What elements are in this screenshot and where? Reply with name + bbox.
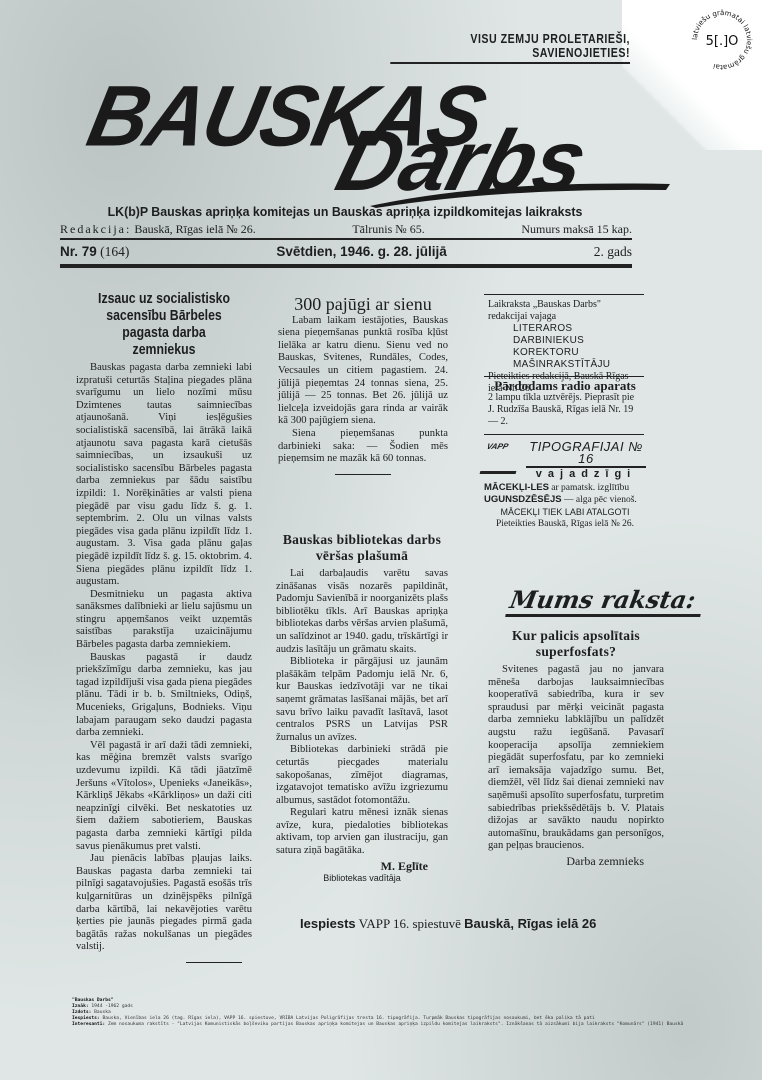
- archive-metadata: "Bauskas Darbs" Iznāk: 1944 -1962 gads I…: [72, 998, 712, 1028]
- metadata-value: Bauska, Vienības iela 26 (tag. Rīgas iel…: [102, 1016, 594, 1021]
- issue-total: (164): [100, 244, 129, 259]
- metadata-value: 1944 -1962 gads: [91, 1004, 133, 1009]
- section-heading-mums-raksta: Mums raksta:: [505, 585, 706, 617]
- article-superphosphate: Kur palicis apsolītais superfosfats? Svi…: [488, 628, 664, 868]
- ad-position: KOREKTORU: [488, 347, 642, 359]
- phone: Tālrunis № 65.: [352, 222, 424, 237]
- editorial-line: Redakcija: Bauskā, Rīgas ielā № 26. Tālr…: [60, 222, 632, 237]
- ad-intro: Laikraksta „Bauskas Darbs" redakcijai va…: [488, 299, 642, 323]
- paragraph: Lai darbaļaudis varētu savas zināšanas v…: [276, 568, 448, 656]
- paragraph: Regulari katru mēnesi iznāk sienas avīze…: [276, 807, 448, 857]
- newspaper-subtitle: LK(b)P Bauskas apriņķa komitejas un Baus…: [74, 204, 616, 219]
- issue-line: Nr. 79 (164) Svētdien, 1946. g. 28. jūli…: [60, 244, 632, 260]
- ad-radio: Pārdodams radio aparats 2 lampu tīkla uz…: [480, 376, 650, 428]
- ad-subtitle: vajadzīgi: [526, 468, 646, 480]
- ad-position: MĀCEKĻI-LES: [484, 482, 549, 493]
- article-author: M. Eglīte: [276, 860, 448, 873]
- metadata-title: "Bauskas Darbs": [72, 998, 114, 1003]
- ad-detail: ar pamatsk. izglītību: [551, 483, 629, 493]
- ad-title: Pārdodams radio aparats: [488, 380, 642, 392]
- ad-note: MĀCEKĻI TIEK LABI ATALGOTI: [484, 506, 646, 518]
- paragraph: Svitenes pagastā jau no janvara mēneša d…: [488, 664, 664, 853]
- paragraph: Bibliotekas darbinieki strādā pie ceturt…: [276, 744, 448, 807]
- article-end-rule: [186, 962, 242, 963]
- ad-position: LITERAROS DARBINIEKUS: [488, 323, 642, 347]
- masthead: BAUSKAS Darbs: [70, 60, 670, 200]
- paragraph: Bauskas pagasta darba zemnieki labi izpr…: [76, 362, 252, 589]
- issue-year: 2. gads: [594, 244, 632, 260]
- editorial-label: Redakcija:: [60, 222, 131, 236]
- ad-title: TIPOGRAFIJAI № 16: [526, 441, 646, 468]
- paragraph: Biblioteka ir pārgājusi uz jaunām plašāk…: [276, 656, 448, 744]
- vapp-logo: VAPP: [480, 441, 525, 474]
- issue-date: Svētdien, 1946. g. 28. jūlijā: [276, 244, 446, 259]
- paragraph: Vēl pagastā ir arī daži tādi zemnieki, k…: [76, 740, 252, 853]
- article-hay-carts: 300 pajūgi ar sienu Labam laikam iestājo…: [278, 298, 448, 483]
- latviesu-gramatai-badge: latviešu grāmatai latviešu grāmatai 5[.]…: [688, 6, 756, 74]
- paragraph: Siena pieņemšanas punkta darbinieki saka…: [278, 428, 448, 466]
- paragraph: Jau pienācis labības pļaujas laiks. Baus…: [76, 853, 252, 954]
- printer-imprint: Iespiests VAPP 16. spiestuvē Bauskā, Rīg…: [300, 916, 596, 932]
- metadata-label: Interesanti:: [72, 1022, 105, 1027]
- paragraph: Labam laikam iestājoties, Bauskas siena …: [278, 315, 448, 428]
- header-rule: [60, 238, 632, 240]
- ad-position: MAŠINRAKSTĪTĀJU: [488, 359, 642, 371]
- metadata-label: Izdots:: [72, 1010, 91, 1015]
- imprint-label: Iespiests: [300, 916, 356, 931]
- imprint-address: Bauskā, Rīgas ielā 26: [464, 916, 596, 931]
- paragraph: Bauskas pagastā ir daudz priekšzīmīgu da…: [76, 652, 252, 740]
- svg-text:5[.]O: 5[.]O: [706, 34, 739, 49]
- issue-number: Nr. 79: [60, 244, 97, 259]
- ad-text: 2 lampu tīkla uztvērējs. Pieprasīt pie J…: [488, 392, 642, 428]
- article-title: Izsauc uz socialistisko sacensību Bārbel…: [92, 290, 236, 358]
- ad-printing-house: VAPP TIPOGRAFIJAI № 16 vajadzīgi MĀCEKĻI…: [480, 434, 650, 530]
- metadata-label: Iznāk:: [72, 1004, 89, 1009]
- imprint-printer: VAPP 16. spiestuvē: [359, 916, 461, 931]
- ad-detail: — alga pēc vienoš.: [564, 495, 637, 505]
- article-title: 300 pajūgi ar sienu: [278, 298, 448, 311]
- metadata-label: Iespiests:: [72, 1016, 100, 1021]
- article-title: Bauskas bibliotekas darbs vēršas plašumā: [276, 532, 448, 564]
- ad-position: UGUNSDZĒSĒJS: [484, 494, 562, 505]
- metadata-value: Bauska: [94, 1010, 111, 1015]
- metadata-value: Zem nosaukuma rakstīts - "Latvijas Komun…: [108, 1022, 683, 1027]
- article-end-rule: [335, 474, 391, 475]
- editorial-address: Bauskā, Rīgas ielā № 26.: [134, 222, 255, 236]
- paragraph: Desmitnieku un pagasta aktiva sanāksmes …: [76, 589, 252, 652]
- ad-contact: Pieteikties Bauskā, Rīgas ielā № 26.: [484, 518, 646, 530]
- article-author-role: Bibliotekas vadītāja: [276, 872, 448, 885]
- article-library: Bauskas bibliotekas darbs vēršas plašumā…: [276, 532, 448, 885]
- article-title: Kur palicis apsolītais superfosfats?: [488, 628, 664, 660]
- article-author: Darba zemnieks: [488, 855, 664, 868]
- price: Numurs maksā 15 kap.: [521, 222, 632, 237]
- issue-rule: [60, 264, 632, 268]
- article-socialist-competition: Izsauc uz socialistisko sacensību Bārbel…: [76, 290, 252, 971]
